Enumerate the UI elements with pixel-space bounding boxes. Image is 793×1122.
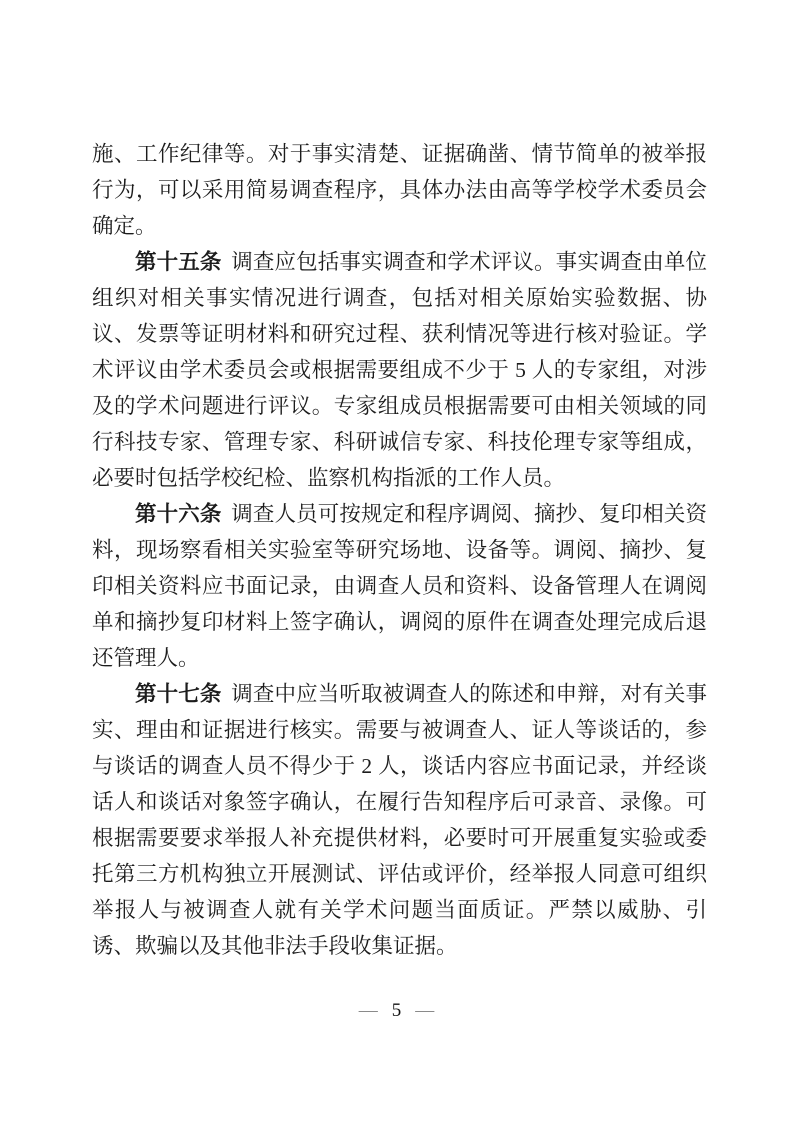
paragraph-text: 调查人员可按规定和程序调阅、摘抄、复印相关资料，现场察看相关实验室等研究场地、设… <box>92 502 707 670</box>
paragraph-text: 调查应包括事实调查和学术评议。事实调查由单位组织对相关事实情况进行调查，包括对相… <box>92 250 707 490</box>
paragraph: 第十七条调查中应当听取被调查人的陈述和申辩，对有关事实、理由和证据进行核实。需要… <box>92 676 707 964</box>
paragraph: 第十六条调查人员可按规定和程序调阅、摘抄、复印相关资料，现场察看相关实验室等研究… <box>92 496 707 676</box>
paragraph: 第十五条调查应包括事实调查和学术评议。事实调查由单位组织对相关事实情况进行调查，… <box>92 244 707 496</box>
document-body: 施、工作纪律等。对于事实清楚、证据确凿、情节简单的被举报行为，可以采用简易调查程… <box>92 136 707 964</box>
article-number: 第十五条 <box>135 250 222 274</box>
document-page: 施、工作纪律等。对于事实清楚、证据确凿、情节简单的被举报行为，可以采用简易调查程… <box>0 0 793 1122</box>
article-number: 第十六条 <box>135 502 222 526</box>
article-number: 第十七条 <box>135 682 222 706</box>
footer-dash-left: — <box>359 1000 378 1021</box>
paragraph-text: 调查中应当听取被调查人的陈述和申辩，对有关事实、理由和证据进行核实。需要与被调查… <box>92 682 707 958</box>
page-footer: —5— <box>0 1000 793 1022</box>
paragraph: 施、工作纪律等。对于事实清楚、证据确凿、情节简单的被举报行为，可以采用简易调查程… <box>92 136 707 244</box>
footer-dash-right: — <box>415 1000 434 1021</box>
footer-page-number: 5 <box>392 1000 402 1021</box>
paragraph-text: 施、工作纪律等。对于事实清楚、证据确凿、情节简单的被举报行为，可以采用简易调查程… <box>92 142 707 238</box>
